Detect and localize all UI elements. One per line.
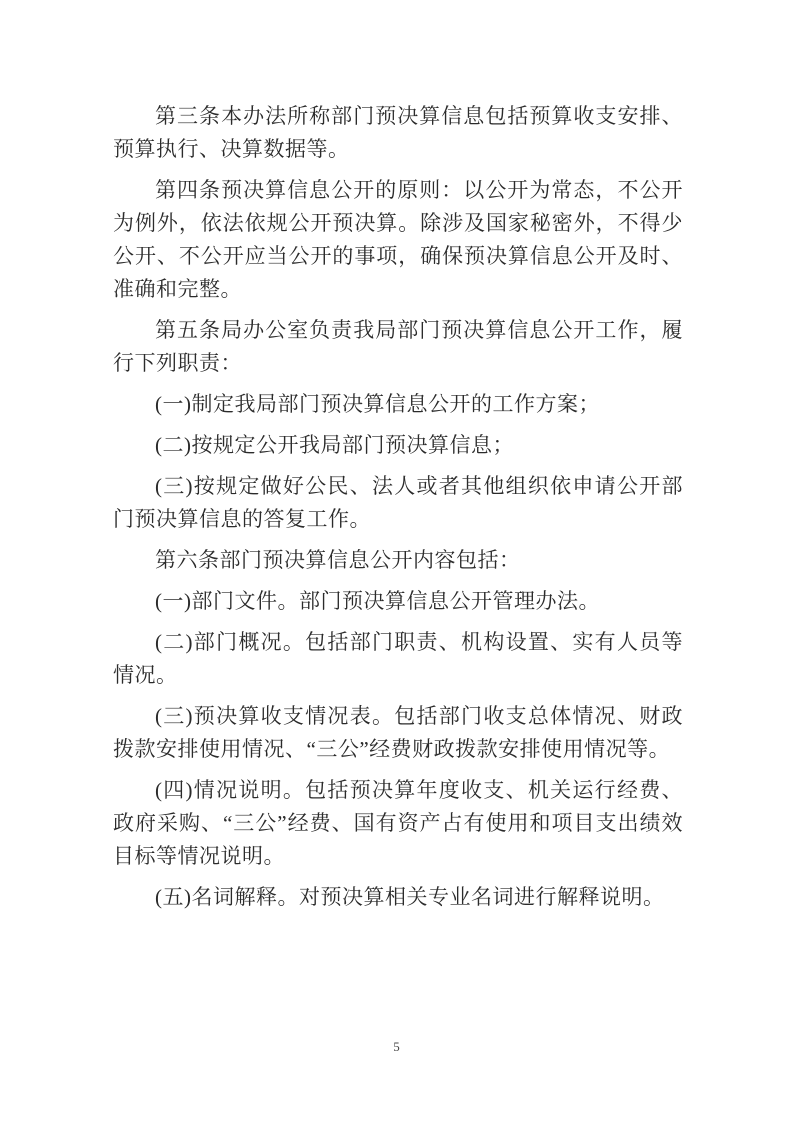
paragraph-article-5-item-1: (一)制定我局部门预决算信息公开的工作方案； xyxy=(113,388,683,421)
paragraph-article-6-item-2: (二)部门概况。包括部门职责、机构设置、实有人员等情况。 xyxy=(113,626,683,692)
paragraph-article-6: 第六条部门预决算信息公开内容包括： xyxy=(113,544,683,577)
paragraph-article-5-item-2: (二)按规定公开我局部门预决算信息； xyxy=(113,429,683,462)
paragraph-article-6-item-3: (三)预决算收支情况表。包括部门收支总体情况、财政拨款安排使用情况、“三公”经费… xyxy=(113,700,683,766)
paragraph-article-6-item-1: (一)部门文件。部门预决算信息公开管理办法。 xyxy=(113,585,683,618)
document-body: 第三条本办法所称部门预决算信息包括预算收支安排、预算执行、决算数据等。 第四条预… xyxy=(113,100,683,922)
page-footer: 5 xyxy=(0,1038,793,1056)
paragraph-article-3: 第三条本办法所称部门预决算信息包括预算收支安排、预算执行、决算数据等。 xyxy=(113,100,683,166)
page-number: 5 xyxy=(393,1039,400,1054)
paragraph-article-6-item-4: (四)情况说明。包括预决算年度收支、机关运行经费、政府采购、“三公”经费、国有资… xyxy=(113,774,683,873)
paragraph-article-4: 第四条预决算信息公开的原则：以公开为常态，不公开为例外，依法依规公开预决算。除涉… xyxy=(113,174,683,306)
document-page: 第三条本办法所称部门预决算信息包括预算收支安排、预算执行、决算数据等。 第四条预… xyxy=(0,0,793,1122)
paragraph-article-5: 第五条局办公室负责我局部门预决算信息公开工作，履行下列职责： xyxy=(113,314,683,380)
paragraph-article-5-item-3: (三)按规定做好公民、法人或者其他组织依申请公开部门预决算信息的答复工作。 xyxy=(113,470,683,536)
paragraph-article-6-item-5: (五)名词解释。对预决算相关专业名词进行解释说明。 xyxy=(113,881,683,914)
